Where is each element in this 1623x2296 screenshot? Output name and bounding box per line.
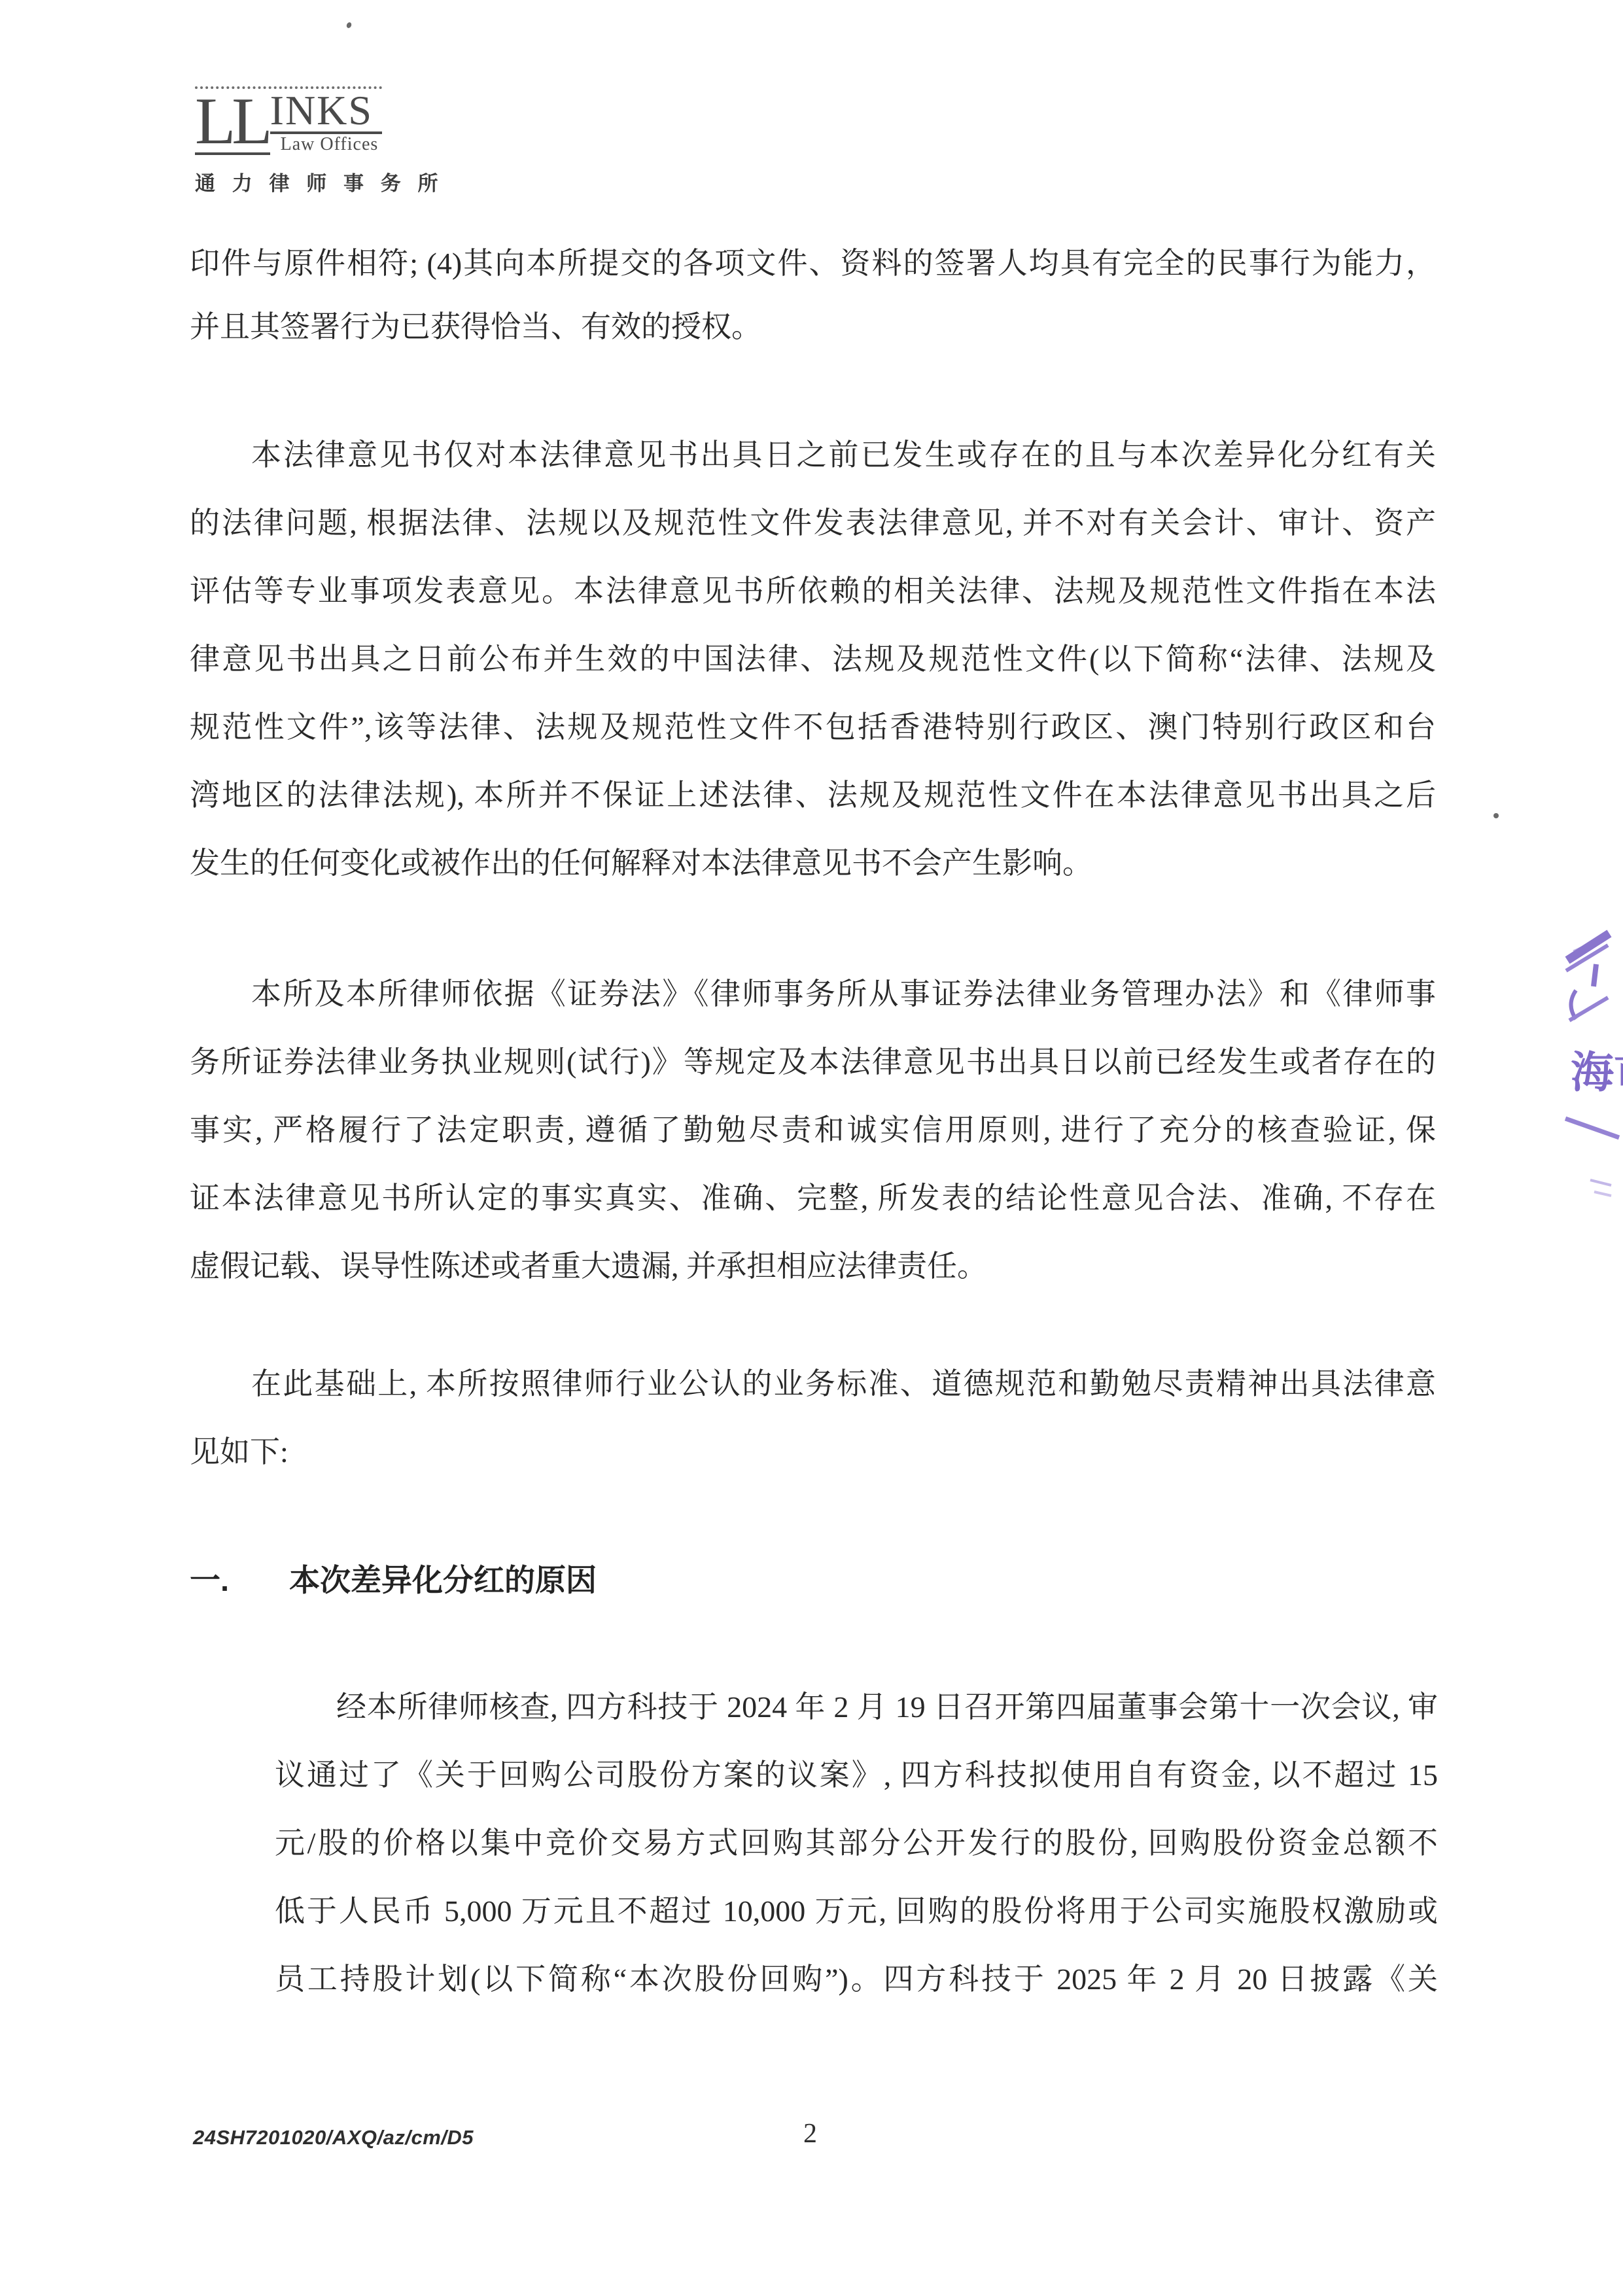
scan-speck	[1493, 813, 1499, 818]
text-line: 见如下:	[190, 1418, 1436, 1486]
logo-ll-letters: LL	[195, 91, 270, 155]
logo-chinese-name: 通 力 律 师 事 务 所	[195, 167, 382, 196]
text-line: 在此基础上, 本所按照律师行业公认的业务标准、道德规范和勤勉尽责精神出具法律意	[190, 1350, 1436, 1418]
stamp-partial-text: 海市	[1571, 1049, 1623, 1097]
text-line: 本所及本所律师依据《证券法》《律师事务所从事证券法律业务管理办法》和《律师事	[190, 960, 1436, 1028]
document-reference-number: 24SH7201020/AXQ/az/cm/D5	[193, 2126, 474, 2149]
text-line: 印件与原件相符; (4)其向本所提交的各项文件、资料的签署人均具有完全的民事行为…	[190, 232, 1436, 295]
section-number: 一.	[190, 1546, 229, 1614]
text-line: 评估等专业事项发表意见。本法律意见书所依赖的相关法律、法规及规范性文件指在本法	[190, 557, 1436, 625]
logo-inks-letters: INKS	[270, 91, 382, 130]
text-line: 湾地区的法律法规), 本所并不保证上述法律、法规及规范性文件在本法律意见书出具之…	[190, 761, 1436, 829]
llinks-logo-wordmark: LL INKS Law Offices	[195, 86, 382, 155]
text-line: 本法律意见书仅对本法律意见书出具日之前已发生或存在的且与本次差异化分红有关	[190, 421, 1436, 489]
text-line: 的法律问题, 根据法律、法规以及规范性文件发表法律意见, 并不对有关会计、审计、…	[190, 489, 1436, 557]
text-line: 元/股的价格以集中竞价交易方式回购其部分公开发行的股份, 回购股份资金总额不	[275, 1809, 1438, 1877]
paragraph-buyback-facts: 经本所律师核查, 四方科技于 2024 年 2 月 19 日召开第四届董事会第十…	[275, 1673, 1438, 2013]
section-heading: 一. 本次差异化分红的原因	[190, 1546, 597, 1614]
text-line: 务所证券法律业务执业规则(试行)》等规定及本法律意见书出具日以前已经发生或者存在…	[190, 1028, 1436, 1096]
text-line: 经本所律师核查, 四方科技于 2024 年 2 月 19 日召开第四届董事会第十…	[275, 1673, 1438, 1741]
text-line: 规范性文件”,该等法律、法规及规范性文件不包括香港特别行政区、澳门特别行政区和台	[190, 693, 1436, 761]
section-title: 本次差异化分红的原因	[289, 1546, 597, 1614]
text-line: 律意见书出具之日前公布并生效的中国法律、法规及规范性文件(以下简称“法律、法规及	[190, 625, 1436, 693]
notary-stamp-fragment: 海市	[1560, 924, 1623, 1205]
text-line: 发生的任何变化或被作出的任何解释对本法律意见书不会产生影响。	[190, 829, 1436, 897]
text-line: 议通过了《关于回购公司股份方案的议案》, 四方科技拟使用自有资金, 以不超过 1…	[275, 1741, 1438, 1809]
llinks-logo: LL INKS Law Offices 通 力 律 师 事 务 所	[195, 86, 382, 196]
text-line: 证本法律意见书所认定的事实真实、准确、完整, 所发表的结论性意见合法、准确, 不…	[190, 1164, 1436, 1232]
legal-opinion-page: LL INKS Law Offices 通 力 律 师 事 务 所 印件与原件相…	[0, 0, 1623, 2296]
logo-law-offices-text: Law Offices	[270, 134, 382, 155]
page-number: 2	[803, 2118, 817, 2149]
paragraph-continuation: 印件与原件相符; (4)其向本所提交的各项文件、资料的签署人均具有完全的民事行为…	[190, 232, 1436, 358]
paragraph-lawyer-duties: 本所及本所律师依据《证券法》《律师事务所从事证券法律业务管理办法》和《律师事务所…	[190, 960, 1436, 1300]
text-line: 虚假记载、误导性陈述或者重大遗漏, 并承担相应法律责任。	[190, 1232, 1436, 1300]
text-line: 并且其签署行为已获得恰当、有效的授权。	[190, 295, 1436, 358]
text-line: 事实, 严格履行了法定职责, 遵循了勤勉尽责和诚实信用原则, 进行了充分的核查验…	[190, 1096, 1436, 1164]
paragraph-opinion-intro: 在此基础上, 本所按照律师行业公认的业务标准、道德规范和勤勉尽责精神出具法律意见…	[190, 1350, 1436, 1486]
text-line: 员工持股计划(以下简称“本次股份回购”)。四方科技于 2025 年 2 月 20…	[275, 1945, 1438, 2013]
text-line: 低于人民币 5,000 万元且不超过 10,000 万元, 回购的股份将用于公司…	[275, 1877, 1438, 1945]
paragraph-scope-of-opinion: 本法律意见书仅对本法律意见书出具日之前已发生或存在的且与本次差异化分红有关的法律…	[190, 421, 1436, 897]
scan-speck	[345, 22, 352, 29]
